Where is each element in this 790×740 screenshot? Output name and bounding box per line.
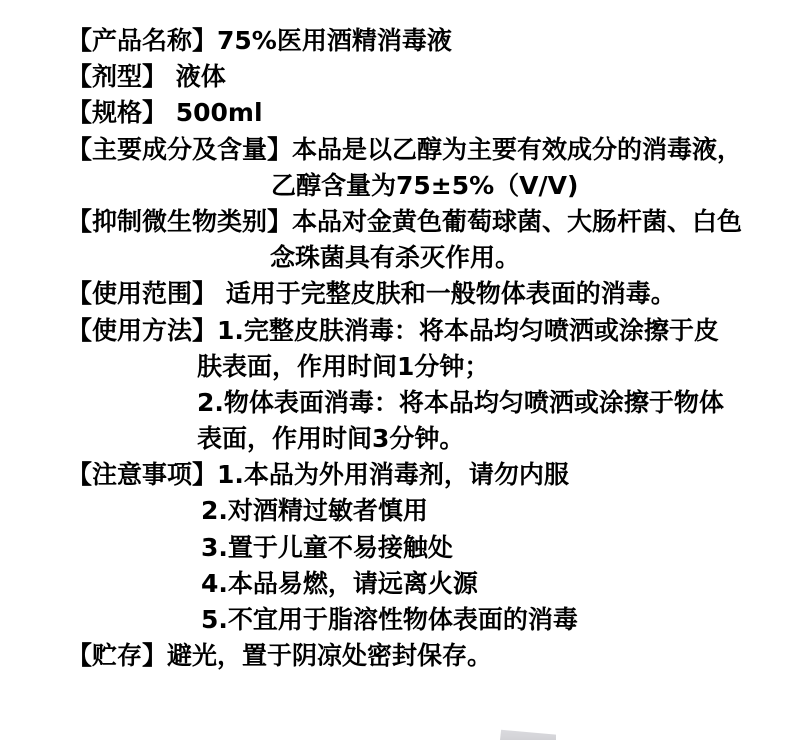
- line-usage-scope: 【使用范围】 适用于完整皮肤和一般物体表面的消毒。: [0, 276, 790, 312]
- line-ingredients-cont: 乙醇含量为75±5%（V/V): [0, 168, 790, 204]
- line-specification: 【规格】 500ml: [0, 95, 790, 131]
- product-label-page: { "page": { "background_color": "#ffffff…: [0, 0, 790, 740]
- line-product-name: 【产品名称】75%医用酒精消毒液: [0, 23, 790, 59]
- product-info-document: 【产品名称】75%医用酒精消毒液 【剂型】 液体 【规格】 500ml 【主要成…: [0, 23, 790, 674]
- line-precautions-2: 2.对酒精过敏者慎用: [0, 493, 790, 529]
- line-dosage-form: 【剂型】 液体: [0, 59, 790, 95]
- line-usage-method-2: 2.物体表面消毒：将本品均匀喷洒或涂擦于物体: [0, 385, 790, 421]
- line-precautions-5: 5.不宜用于脂溶性物体表面的消毒: [0, 602, 790, 638]
- line-usage-method-1: 【使用方法】1.完整皮肤消毒：将本品均匀喷洒或涂擦于皮: [0, 313, 790, 349]
- line-microbial-types-cont: 念珠菌具有杀灭作用。: [0, 240, 790, 276]
- ribbon-graphic-fragment: [500, 728, 556, 740]
- line-precautions-1: 【注意事项】1.本品为外用消毒剂，请勿内服: [0, 457, 790, 493]
- line-usage-method-1-cont: 肤表面，作用时间1分钟；: [0, 349, 790, 385]
- line-usage-method-2-cont: 表面，作用时间3分钟。: [0, 421, 790, 457]
- line-precautions-3: 3.置于儿童不易接触处: [0, 530, 790, 566]
- line-ingredients: 【主要成分及含量】本品是以乙醇为主要有效成分的消毒液，: [0, 132, 790, 168]
- line-microbial-types: 【抑制微生物类别】本品对金黄色葡萄球菌、大肠杆菌、白色: [0, 204, 790, 240]
- line-storage: 【贮存】避光，置于阴凉处密封保存。: [0, 638, 790, 674]
- line-precautions-4: 4.本品易燃，请远离火源: [0, 566, 790, 602]
